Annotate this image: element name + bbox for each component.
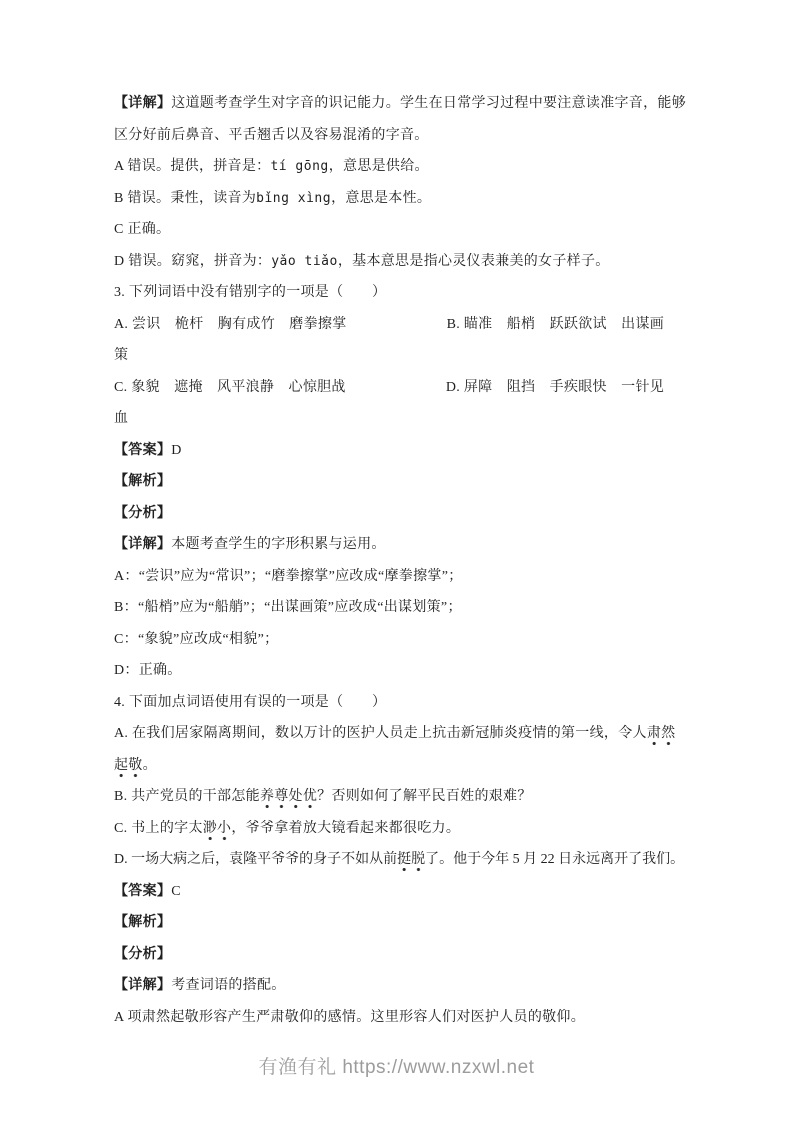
section-marker: 【详解】 [114, 978, 171, 993]
text-segment: D [171, 443, 181, 458]
text-segment: A 项肃然起敬形容产生严肃敬仰的感情。这里形容人们对医护人员的敬仰。 [114, 1010, 585, 1025]
text-segment: D 错误。窈窕，拼音为： [114, 254, 271, 269]
text-segment: ，意思是本性。 [331, 191, 431, 206]
section-marker: 【解析】 [114, 915, 171, 930]
text-segment: B. 共产党员的干部怎能 [114, 789, 260, 804]
pinyin-text: tí gōng [270, 159, 328, 174]
text-segment: A 错误。提供，拼音是： [114, 159, 270, 174]
paragraph: B. 共产党员的干部怎能养尊处优？否则如何了解平民百姓的艰难？ [114, 781, 706, 813]
text-segment: 3. 下列词语中没有错别字的一项是（ ） [114, 285, 386, 300]
paragraph: 【答案】D [114, 435, 706, 467]
text-segment: C 正确。 [114, 222, 170, 237]
text-segment: C [171, 884, 181, 899]
emphasized-word: 挺脱 [397, 852, 425, 872]
paragraph: 【详解】这道题考查学生对字音的识记能力。学生在日常学习过程中要注意读准字音，能够… [114, 88, 706, 151]
paragraph: D 错误。窈窕，拼音为：yǎo tiǎo，基本意思是指心灵仪表兼美的女子样子。 [114, 246, 706, 278]
text-segment: ，爷爷拿着放大镜看起来都很吃力。 [231, 821, 460, 836]
paragraph: 【答案】C [114, 876, 706, 908]
pinyin-text: bǐng xìng [256, 191, 331, 206]
paragraph: A：“尝识”应为“常识”；“磨拳擦掌”应改成“摩拳擦掌”； [114, 561, 706, 593]
text-segment: 了。他于今年 5 月 22 日永远离开了我们。 [425, 852, 684, 867]
section-marker: 【解析】 [114, 474, 171, 489]
text-segment: D：正确。 [114, 663, 182, 678]
text-segment: C. 书上的字太 [114, 821, 203, 836]
paragraph: C：“象貌”应改成“相貌”； [114, 624, 706, 656]
paragraph: C. 书上的字太渺小，爷爷拿着放大镜看起来都很吃力。 [114, 813, 706, 845]
paragraph: 【详解】本题考查学生的字形积累与运用。 [114, 529, 706, 561]
text-segment: C：“象貌”应改成“相貌”； [114, 632, 278, 647]
text-segment: ？否则如何了解平民百姓的艰难？ [317, 789, 532, 804]
paragraph: A 项肃然起敬形容产生严肃敬仰的感情。这里形容人们对医护人员的敬仰。 [114, 1002, 706, 1034]
paragraph: A. 在我们居家隔离期间，数以万计的医护人员走上抗击新冠肺炎疫情的第一线，令人肃… [114, 718, 706, 781]
text-segment: ，基本意思是指心灵仪表兼美的女子样子。 [338, 254, 610, 269]
document-body: 【详解】这道题考查学生对字音的识记能力。学生在日常学习过程中要注意读准字音，能够… [114, 88, 706, 1033]
section-marker: 【答案】 [114, 443, 171, 458]
paragraph: 4. 下面加点词语使用有误的一项是（ ） [114, 687, 706, 719]
text-segment: C. 象貌 遮掩 风平浪静 心惊胆战 D. 屏障 阻挡 手疾眼快 一针见 血 [114, 380, 664, 427]
paragraph: C. 象貌 遮掩 风平浪静 心惊胆战 D. 屏障 阻挡 手疾眼快 一针见 血 [114, 372, 706, 435]
paragraph: D：正确。 [114, 655, 706, 687]
text-segment: ，意思是供给。 [329, 159, 429, 174]
paragraph: 3. 下列词语中没有错别字的一项是（ ） [114, 277, 706, 309]
text-segment: 这道题考查学生对字音的识记能力。学生在日常学习过程中要注意读准字音，能够 区分好… [114, 96, 686, 143]
section-marker: 【详解】 [114, 537, 171, 552]
emphasized-word: 养尊处优 [260, 789, 317, 809]
paragraph: 【分析】 [114, 939, 706, 971]
text-segment: B：“船梢”应为“船艄”；“出谋画策”应改成“出谋划策”； [114, 600, 462, 615]
text-segment: B 错误。秉性，读音为 [114, 191, 256, 206]
section-marker: 【分析】 [114, 947, 171, 962]
section-marker: 【详解】 [114, 96, 171, 111]
footer-watermark: 有渔有礼 https://www.nzxwl.net [0, 1052, 793, 1079]
emphasized-word: 渺小 [203, 821, 232, 841]
paragraph: 【解析】 [114, 907, 706, 939]
paragraph: C 正确。 [114, 214, 706, 246]
text-segment: A. 在我们居家隔离期间，数以万计的医护人员走上抗击新冠肺炎疫情的第一线，令人 [114, 726, 647, 741]
text-segment: 。 [143, 758, 157, 773]
paragraph: 【分析】 [114, 498, 706, 530]
text-segment: 本题考查学生的字形积累与运用。 [171, 537, 386, 552]
paragraph: D. 一场大病之后，袁隆平爷爷的身子不如从前挺脱了。他于今年 5 月 22 日永… [114, 844, 706, 876]
text-segment: A. 尝识 桅杆 胸有成竹 磨拳擦掌 B. 瞄准 船梢 跃跃欲试 出谋画 策 [114, 317, 664, 364]
text-segment: 考查词语的搭配。 [171, 978, 285, 993]
paragraph: B 错误。秉性，读音为bǐng xìng，意思是本性。 [114, 183, 706, 215]
paragraph: 【详解】考查词语的搭配。 [114, 970, 706, 1002]
section-marker: 【分析】 [114, 506, 171, 521]
section-marker: 【答案】 [114, 884, 171, 899]
text-segment: 4. 下面加点词语使用有误的一项是（ ） [114, 695, 386, 710]
pinyin-text: yǎo tiǎo [271, 254, 338, 269]
paragraph: A 错误。提供，拼音是：tí gōng，意思是供给。 [114, 151, 706, 183]
paragraph: B：“船梢”应为“船艄”；“出谋画策”应改成“出谋划策”； [114, 592, 706, 624]
page: { "page": { "background": "#ffffff", "te… [0, 0, 793, 1122]
text-segment: A：“尝识”应为“常识”；“磨拳擦掌”应改成“摩拳擦掌”； [114, 569, 463, 584]
text-segment: D. 一场大病之后，袁隆平爷爷的身子不如从前 [114, 852, 397, 867]
paragraph: A. 尝识 桅杆 胸有成竹 磨拳擦掌 B. 瞄准 船梢 跃跃欲试 出谋画 策 [114, 309, 706, 372]
footer-watermark-text: 有渔有礼 https://www.nzxwl.net [259, 1057, 535, 1078]
paragraph: 【解析】 [114, 466, 706, 498]
